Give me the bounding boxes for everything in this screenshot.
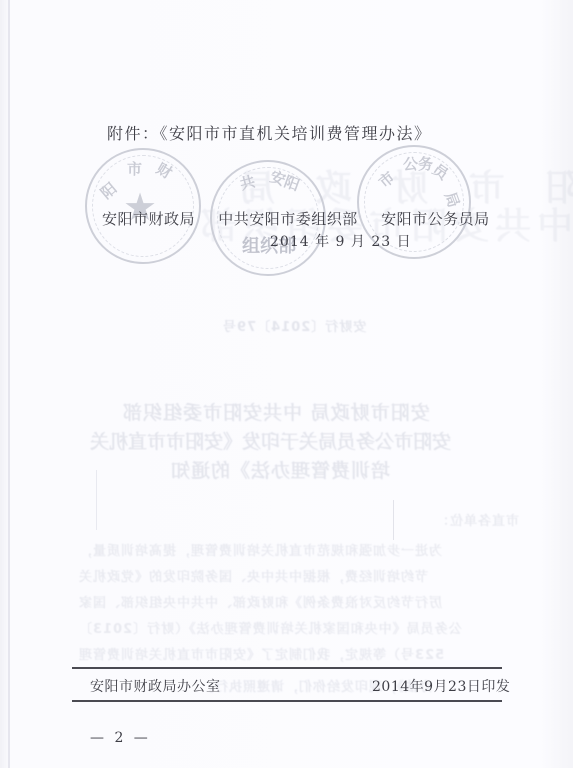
signing-date: 2014 年 9 月 23 日 [270, 231, 412, 251]
issuer-civil-service-bureau: 安阳市公务员局 [381, 210, 490, 228]
seal-glyph: 局 [440, 189, 465, 210]
issuer-finance-bureau: 安阳市财政局 [102, 210, 195, 228]
seal-glyph: 财 [153, 158, 177, 184]
attachment-line: 附件：《安阳市市直机关培训费管理办法》 [107, 121, 432, 144]
bleed-body-line: 公务员局《中央和国家机关培训费管理办法》（财行〔2013〕 [78, 618, 462, 637]
issuing-agencies: 安阳市财政局 中共安阳市委组织部 安阳市公务员局 [102, 208, 490, 229]
seal-glyph: 员 [428, 159, 452, 185]
issuer-organization-department: 中共安阳市委组织部 [218, 210, 358, 228]
seal-glyph: 共 [238, 170, 258, 194]
footer-rule-bottom [72, 700, 502, 702]
bleed-body-line: 节约培训经费，根据中共中央、国务院印发的《党政机关 [78, 566, 428, 585]
bleed-body-line: 为进一步加强和规范市直机关培训费管理，提高培训质量， [78, 540, 442, 559]
bleed-body-line: 厉行节约反对浪费条例》和财政部、中共中央组织部、国家 [78, 592, 442, 611]
seal-glyph: 市 [374, 167, 399, 193]
seal-finance-bureau: 市 阳 财 ★ [85, 148, 201, 264]
page-number: — 2 — [90, 730, 151, 746]
bleed-artifact-line [393, 500, 394, 540]
seal-glyph: 阳 [96, 178, 121, 204]
bleed-doc-number: 安财行〔2014〕79号 [222, 316, 366, 335]
footer-issuing-office: 安阳市财政局办公室 [90, 676, 221, 696]
document-page: 安 阳 市 财 政 局 中共安阳市委组织部 安财行〔2014〕79号 安阳市财政… [0, 0, 573, 768]
bleed-title-line: 安阳市公务员局关于印发《安阳市市直机关 [90, 427, 451, 454]
seal-glyph: 公务 [403, 153, 433, 174]
bleed-title-line: 培训费管理办法》的通知 [170, 456, 390, 483]
bleed-title-line: 安阳市财政局 中共安阳市委组织部 [122, 398, 430, 425]
bleed-salutation: 市直各单位： [435, 510, 519, 529]
bleed-artifact-line [96, 470, 97, 530]
bleed-body-line: 523号）等规定，我们制定了《安阳市市直机关培训费管理 [78, 644, 444, 663]
seal-glyph: 市 [127, 158, 142, 179]
footer-rule-top [72, 667, 502, 669]
footer-print-date: 2014年9月23日印发 [372, 676, 510, 696]
scan-edge [8, 0, 10, 768]
seal-glyph: 安阳 [267, 166, 302, 196]
